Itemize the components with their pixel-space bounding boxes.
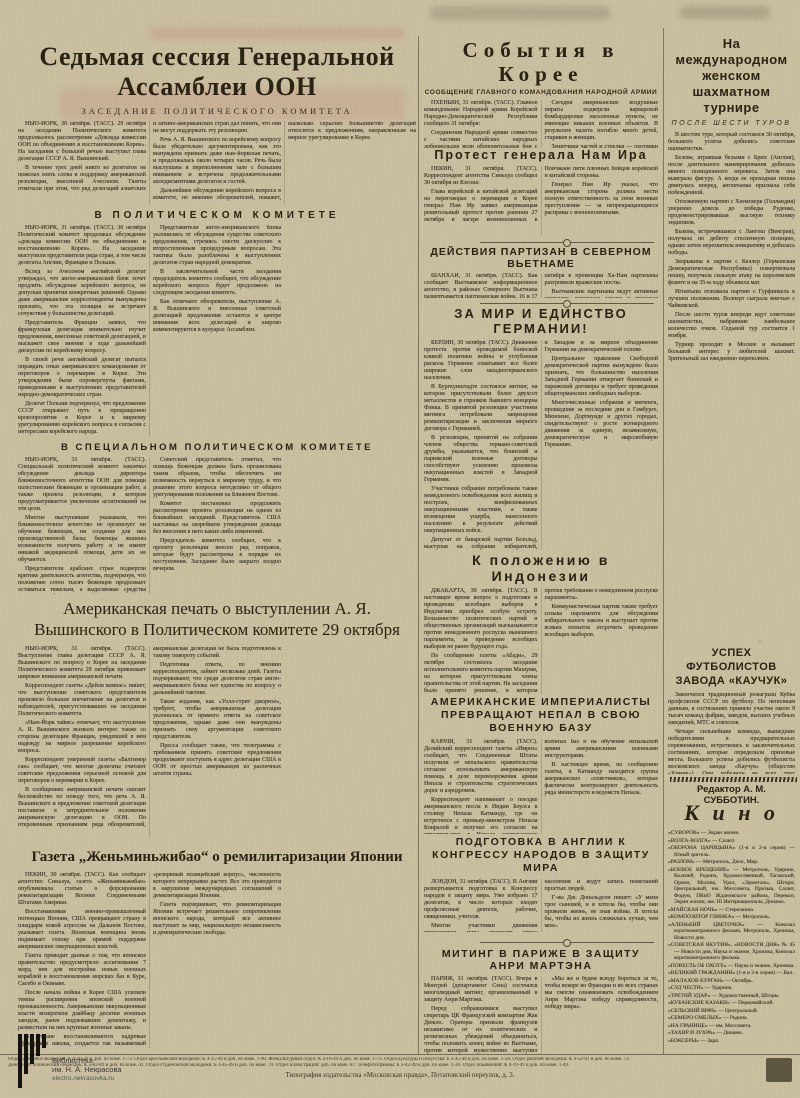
ornament-divider bbox=[480, 938, 654, 947]
paragraph: «Мы же и будем всюду бороться за то, что… bbox=[545, 976, 659, 1011]
paragraph: Пресса сообщает также, что телеграммы с … bbox=[153, 743, 281, 778]
press-headline: Американская печать о выступлении А. Я. … bbox=[18, 598, 416, 640]
paragraph: НЬЮ-ЙОРК, 30 октября. (ТАСС). 29 октября… bbox=[18, 121, 146, 163]
zhenmin-body: ПЕКИН, 30 октября. (ТАСС). Как сообщает … bbox=[18, 872, 416, 1048]
paris-body: ПАРИЖ, 31 октября. (ТАСС). Вчера в Монтр… bbox=[424, 976, 658, 1054]
footer-imprint: Типография издательства «Московская прав… bbox=[200, 1071, 600, 1079]
chess-byline: Л. ЛЕВЕНТАЛЬ, гроссмейстер СССР. bbox=[668, 641, 795, 642]
paragraph: Корреспондент газеты «Дейли компас» пише… bbox=[18, 683, 146, 718]
assembly-section3-title: В СПЕЦИАЛЬНОМ ПОЛИТИЧЕСКОМ КОМИТЕТЕ bbox=[18, 442, 416, 453]
paragraph: «Нью-Йорк таймс» отмечает, что выступлен… bbox=[18, 720, 146, 755]
cinema-listing-item: «СУД ЧЕСТИ» — Ударник. bbox=[668, 985, 795, 992]
cinema-listings: «СУВОРОВ» — Экран жизни.«ВОЛГА-ВОЛГА» — … bbox=[668, 830, 795, 1048]
paragraph: Соединения Народной армии совместно с ча… bbox=[424, 130, 538, 148]
article-nam-il-protest: Протест генерала Нам Ира ПЕКИН, 31 октяб… bbox=[424, 148, 658, 238]
watermark-line2: им. Н. А. Некрасова bbox=[52, 1065, 122, 1074]
paragraph: НЬЮ-ЙОРК, 31 октября. (ТАСС). Выступлени… bbox=[18, 646, 146, 681]
paragraph: ДЖАКАРТА, 30 октября. (ТАСС). В настояще… bbox=[424, 588, 538, 651]
cinema-listing-item: «БОЕВОЕ КРЕЩЕНИЕ» — Метрополь, Ударник, … bbox=[668, 867, 795, 906]
column-divider bbox=[418, 36, 419, 1054]
assembly-section2-title: В ПОЛИТИЧЕСКОМ КОМИТЕТЕ bbox=[18, 210, 416, 221]
cinema-listing-item: «БОКСЕРЫ» — Заря. bbox=[668, 1038, 795, 1045]
scan-artifact bbox=[766, 1058, 792, 1082]
paragraph: Центральное правление Свободной демократ… bbox=[545, 356, 659, 398]
football-body: Закончился традиционный розыгрыш Кубка п… bbox=[668, 692, 795, 774]
article-nepal-base: АМЕРИКАНСКИЕ ИМПЕРИАЛИСТЫ ПРЕВРАЩАЮТ НЕП… bbox=[424, 696, 658, 834]
watermark-line1: Библиотека bbox=[52, 1056, 122, 1065]
paragraph: БЕРЛИН, 30 октября. (ТАСС). Движение про… bbox=[424, 340, 538, 382]
ink-bleed-ghost bbox=[150, 28, 405, 39]
cinema-listing-item: «АЛЕНЬКИЙ ЦВЕТОЧЕК» — Кинозал короткомет… bbox=[668, 922, 795, 942]
footer-rule bbox=[0, 1054, 800, 1055]
protest-headline: Протест генерала Нам Ира bbox=[424, 148, 658, 162]
chess-subhead: ПОСЛЕ ШЕСТИ ТУРОВ bbox=[668, 120, 795, 127]
watermark-line3: electro.nekrasovka.ru bbox=[52, 1074, 122, 1083]
assembly-body-1: НЬЮ-ЙОРК, 30 октября. (ТАСС). 29 октября… bbox=[18, 121, 416, 205]
assembly-body-3: НЬЮ-ЙОРК, 31 октября. (ТАСС). Специальны… bbox=[18, 457, 416, 594]
paragraph: В настоящее время, по сообщению газеты, … bbox=[545, 762, 659, 797]
paragraph: Белова, игравшая белыми с Брюс (Англия),… bbox=[668, 155, 795, 197]
england-body: ЛОНДОН, 31 октября. (ТАСС). В Англии раз… bbox=[424, 879, 658, 932]
paragraph: Участники собрания потребовали также нем… bbox=[424, 486, 538, 535]
paragraph: Зворыкина в партии с Келлер (Германская … bbox=[668, 259, 795, 287]
cinema-listing-item: «ВОЛГА-ВОЛГА» — Салют. bbox=[668, 838, 795, 845]
library-logo-icon bbox=[18, 1034, 46, 1090]
paragraph: Сегодня американские воздушные пираты по… bbox=[545, 100, 659, 142]
paragraph: В Бургкунштадте состоялся митинг, на кот… bbox=[424, 384, 538, 433]
cinema-listing-item: «СЕМЕРО СМЕЛЫХ» — Родина. bbox=[668, 1015, 795, 1022]
paris-headline: МИТИНГ В ПАРИЖЕ В ЗАЩИТУ АНРИ МАРТЭНА bbox=[424, 948, 658, 972]
cinema-listing-item: «СЕЛЬСКИЙ ВРАЧ» — Центральный. bbox=[668, 1008, 795, 1015]
paragraph: Представители англо-американского блока … bbox=[153, 225, 281, 267]
cinema-listing-item: «МАЛАХОВ КУРГАН» — Октябрь. bbox=[668, 978, 795, 985]
ink-bleed-ghost bbox=[680, 6, 770, 19]
indonesia-body: ДЖАКАРТА, 30 октября. (ТАСС). В настояще… bbox=[424, 588, 658, 694]
article-england-congress: ПОДГОТОВКА В АНГЛИИ К КОНГРЕССУ НАРОДОВ … bbox=[424, 836, 658, 932]
paragraph: ПХЕНЬЯН, 31 октября. (ТАСС). Главное ком… bbox=[424, 100, 538, 128]
nepal-body: КАРАЧИ, 31 октября. (ТАСС). Делийский ко… bbox=[424, 739, 658, 834]
paragraph: Корреспондент умеренной газеты «Балтимор… bbox=[18, 757, 146, 785]
paragraph: Председатель комитета сообщил, что к про… bbox=[153, 538, 281, 573]
football-headline: УСПЕХ ФУТБОЛИСТОВ ЗАВОДА «КАУЧУК» bbox=[668, 646, 795, 688]
paragraph: Вслед за Ачесоном английский делегат утв… bbox=[18, 269, 146, 318]
paragraph: Как отмечают обозреватели, выступление А… bbox=[153, 299, 281, 334]
korea-body: ПХЕНЬЯН, 31 октября. (ТАСС). Главное ком… bbox=[424, 100, 658, 148]
paragraph: Комитет постановил продолжить рассмотрен… bbox=[153, 501, 281, 536]
cinema-listing-item: «СОВЕТСКАЯ ЯКУТИЯ», «НОВОСТИ ДНЯ» № 45 —… bbox=[668, 942, 795, 962]
paragraph: В резолюции, принятой на собрании членов… bbox=[424, 435, 538, 484]
article-football-kauchuk: УСПЕХ ФУТБОЛИСТОВ ЗАВОДА «КАУЧУК» Законч… bbox=[668, 646, 795, 774]
paragraph: Газета подчеркивает, что ремилитаризация… bbox=[153, 902, 281, 937]
paragraph: Многие выступавшие указывали, что ближне… bbox=[18, 515, 146, 564]
article-chess-tournament: На международном женском шахматном турни… bbox=[668, 36, 795, 642]
cinema-listing-item: «СУВОРОВ» — Экран жизни. bbox=[668, 830, 795, 837]
korea-subhead: СООБЩЕНИЕ ГЛАВНОГО КОМАНДОВАНИЯ НАРОДНОЙ… bbox=[424, 89, 658, 96]
column-divider bbox=[663, 28, 664, 1054]
cinema-listing-item: «РАЗЛОМ» — Метрополь, Диск, Мир. bbox=[668, 859, 795, 866]
paragraph: После начала войны в Корее США усилили т… bbox=[18, 990, 146, 1032]
paragraph: НЬЮ-ЙОРК, 31 октября. (ТАСС). 30 октября… bbox=[18, 225, 146, 267]
korea-headline: События в Корее bbox=[424, 38, 658, 86]
paragraph: Представитель Франции заявил, что францу… bbox=[18, 320, 146, 355]
paragraph: В своей речи английский делегат пытался … bbox=[18, 357, 146, 399]
paragraph: Делегат Польши подчеркнул, что предложен… bbox=[18, 401, 146, 436]
paragraph: Речь А. Я. Вышинского по корейскому вопр… bbox=[153, 137, 281, 186]
article-zhenminzhibao: Газета „Женьминьжибао“ о ремилитаризации… bbox=[18, 848, 416, 1054]
chess-headline: На международном женском шахматном турни… bbox=[668, 36, 795, 116]
paragraph: Многочисленные собрания и митинги, проше… bbox=[545, 400, 659, 449]
press-body: НЬЮ-ЙОРК, 31 октября. (ТАСС). Выступлени… bbox=[18, 646, 416, 838]
paragraph: Перед собравшимися выступил секретарь ЦК… bbox=[424, 1006, 538, 1054]
cinema-listing-item: «МАЙСКАЯ НОЧЬ» — Стереокино. bbox=[668, 907, 795, 914]
paragraph: После шести туров впереди идут советские… bbox=[668, 312, 795, 340]
paragraph: Советский представитель отметил, что пом… bbox=[153, 457, 281, 499]
paragraph: ПАРИЖ, 31 октября. (ТАСС). Вчера в Монтр… bbox=[424, 976, 538, 1004]
cinema-listing-item: «ТАХИР И ЗУХРА» — Динамо. bbox=[668, 1030, 795, 1037]
partisans-body: ШАНХАЙ, 31 октября. (ТАСС). Как сообщает… bbox=[424, 273, 658, 298]
chess-body: В шестом туре, который состоялся 30 октя… bbox=[668, 132, 795, 638]
paragraph: КАРАЧИ, 31 октября. (ТАСС). Делийский ко… bbox=[424, 739, 538, 795]
assembly-subhead: ЗАСЕДАНИЕ ПОЛИТИЧЕСКОГО КОМИТЕТА bbox=[18, 106, 416, 116]
ink-bleed-ghost bbox=[430, 6, 610, 20]
zigzag-ornament bbox=[670, 777, 797, 782]
partisans-headline: ДЕЙСТВИЯ ПАРТИЗАН В СЕВЕРНОМ ВЬЕТНАМЕ bbox=[424, 246, 658, 270]
article-un-assembly: Седьмая сессия Генеральной Ассамблеи ООН… bbox=[18, 42, 416, 594]
article-paris-martin: МИТИНГ В ПАРИЖЕ В ЗАЩИТУ АНРИ МАРТЭНА ПА… bbox=[424, 948, 658, 1054]
paragraph: Газета приводит данные о том, что японск… bbox=[18, 953, 146, 988]
indonesia-headline: К положению в Индонезии bbox=[424, 552, 658, 584]
germany-body: БЕРЛИН, 30 октября. (ТАСС). Движение про… bbox=[424, 340, 658, 550]
library-watermark: Библиотека им. Н. А. Некрасова electro.n… bbox=[52, 1056, 122, 1083]
paragraph: ЛОНДОН, 31 октября. (ТАСС). В Англии раз… bbox=[424, 879, 538, 921]
article-vietnam-partisans: ДЕЙСТВИЯ ПАРТИЗАН В СЕВЕРНОМ ВЬЕТНАМЕ ША… bbox=[424, 246, 658, 298]
paragraph: Подготовка ответа, по мнению корреспонде… bbox=[153, 662, 281, 697]
protest-body: ПЕКИН, 31 октября. (ТАСС). Корреспондент… bbox=[424, 166, 658, 236]
paragraph: В шестом туре, который состоялся 30 октя… bbox=[668, 132, 795, 153]
cinema-listing-item: «КУБАНСКИЕ КАЗАКИ» — Первомайский. bbox=[668, 1000, 795, 1007]
zhenmin-headline: Газета „Женьминьжибао“ о ремилитаризации… bbox=[18, 848, 416, 866]
paragraph: ПЕКИН, 31 октября. (ТАСС). Корреспондент… bbox=[424, 166, 538, 187]
cinema-listing-item: «ТРЕТИЙ УДАР» — Художественный, Шторм. bbox=[668, 993, 795, 1000]
assembly-body-2: НЬЮ-ЙОРК, 31 октября. (ТАСС). 30 октября… bbox=[18, 225, 416, 437]
paragraph: Коммунистическая партия также требует со… bbox=[545, 604, 659, 639]
cinema-listing-item: «ВЕЛИКИЙ ГРАЖДАНИН» (1-я и 2-я серии) — … bbox=[668, 970, 795, 977]
assembly-headline: Седьмая сессия Генеральной Ассамблеи ООН bbox=[18, 42, 416, 102]
footer-contacts-line2: Дежурный технический секретарь: К 5-82-8… bbox=[8, 1063, 794, 1069]
cinema-title: К и н о bbox=[668, 800, 795, 826]
paragraph: Восстанавливая военно-промышленный потен… bbox=[18, 909, 146, 951]
cinema-listings-section: К и н о «СУВОРОВ» — Экран жизни.«ВОЛГА-В… bbox=[668, 800, 795, 1054]
paragraph: Закончился традиционный розыгрыш Кубка п… bbox=[668, 692, 795, 727]
england-headline: ПОДГОТОВКА В АНГЛИИ К КОНГРЕССУ НАРОДОВ … bbox=[424, 836, 658, 875]
paragraph: Отложенную партию с Хеемскерк (Голландия… bbox=[668, 199, 795, 227]
paragraph: Г-жа Дж. Дональдсон пишет: «У меня трое … bbox=[545, 895, 659, 930]
newspaper-page: Седьмая сессия Генеральной Ассамблеи ООН… bbox=[0, 0, 800, 1098]
article-germany-unity: ЗА МИР И ЕДИНСТВО ГЕРМАНИИ! БЕРЛИН, 30 о… bbox=[424, 306, 658, 550]
paragraph: Быкова, встречавшаяся с Лангош (Венгрия)… bbox=[668, 229, 795, 257]
paragraph: В заключительной части заседания председ… bbox=[153, 269, 281, 297]
paragraph: Турнир проходит в Москве и вызывает боль… bbox=[668, 342, 795, 363]
nepal-headline: АМЕРИКАНСКИЕ ИМПЕРИАЛИСТЫ ПРЕВРАЩАЮТ НЕП… bbox=[424, 696, 658, 735]
paragraph: Игнатьева отложила партию с Гурфинкель в… bbox=[668, 289, 795, 310]
paragraph: Представители арабских стран подвергли к… bbox=[18, 566, 146, 594]
paragraph: Такие издания, как «Уолл-стрит джорнэл»,… bbox=[153, 699, 281, 741]
germany-headline: ЗА МИР И ЕДИНСТВО ГЕРМАНИИ! bbox=[424, 306, 658, 336]
paragraph: ПЕКИН, 30 октября. (ТАСС). Как сообщает … bbox=[18, 872, 146, 907]
article-american-press: Американская печать о выступлении А. Я. … bbox=[18, 598, 416, 842]
cinema-listing-item: «ПОВЕСТЬ ОБ ОХОТЕ» — Наука и знание, Хро… bbox=[668, 963, 795, 970]
paragraph: Генерал Нам Ир указал, что американская … bbox=[545, 182, 659, 217]
cinema-listing-item: «ОБОРОНА ЦАРИЦЫНА» (1-я и 2-я серии) — Ю… bbox=[668, 845, 795, 858]
cinema-listing-item: «КОМПОЗИТОР ГЛИНКА» — Метрополь. bbox=[668, 914, 795, 921]
cinema-listing-item: «НА ГРАНИЦЕ» — им. Моссовета. bbox=[668, 1023, 795, 1030]
article-korea-events: События в Корее СООБЩЕНИЕ ГЛАВНОГО КОМАН… bbox=[424, 38, 658, 148]
paragraph: НЬЮ-ЙОРК, 31 октября. (ТАСС). Специальны… bbox=[18, 457, 146, 513]
article-indonesia: К положению в Индонезии ДЖАКАРТА, 30 окт… bbox=[424, 552, 658, 694]
